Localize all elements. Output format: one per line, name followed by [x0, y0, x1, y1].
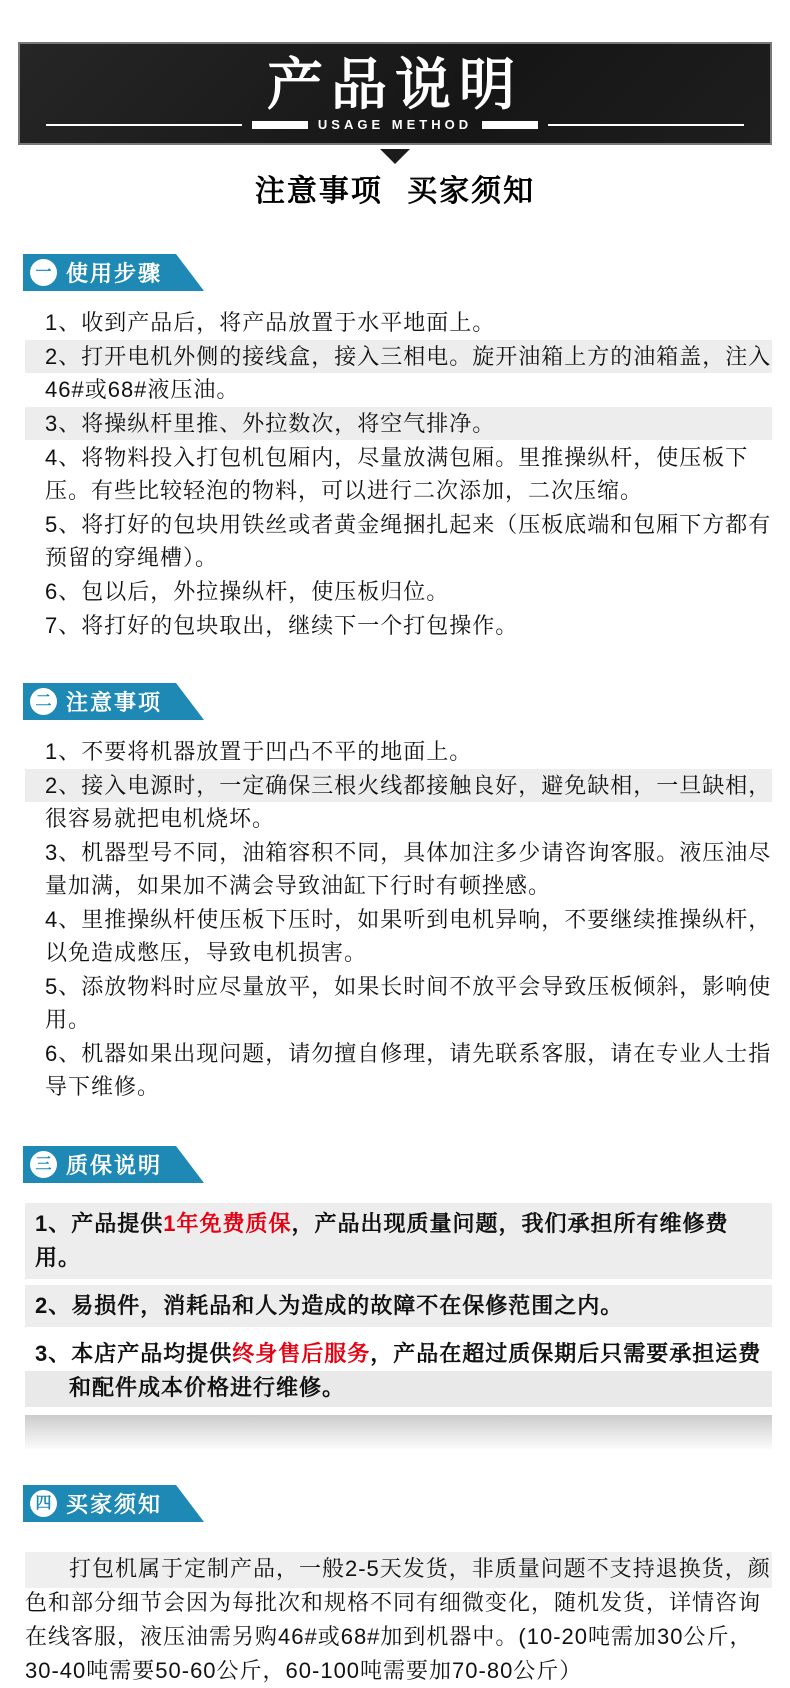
list-item: 6、机器如果出现问题，请勿擅自修理，请先联系客服，请在专业人士指导下维修。 [25, 1037, 772, 1103]
page-title: 产品说明 [267, 55, 523, 115]
list-item: 3、本店产品均提供终身售后服务，产品在超过质保期后只需要承担运费和配件成本价格进… [25, 1333, 772, 1409]
section-header-buyer-notice: 四 买家须知 [23, 1485, 204, 1522]
section-number: 四 [35, 1496, 51, 1512]
list-item: 1、收到产品后，将产品放置于水平地面上。 [25, 306, 772, 339]
divider-line-right [548, 124, 744, 126]
divider-bar-right [482, 121, 538, 129]
down-triangle-icon [380, 149, 410, 164]
section-title: 买家须知 [66, 1488, 162, 1519]
list-item: 7、将打好的包块取出，继续下一个打包操作。 [25, 609, 772, 642]
section-title: 使用步骤 [66, 257, 162, 288]
notice-heading: 注意事项 买家须知 [0, 174, 790, 210]
list-item: 1、不要将机器放置于凹凸不平的地面上。 [25, 735, 772, 768]
section-header-usage-steps: 一 使用步骤 [23, 254, 204, 291]
section-header-precautions: 二 注意事项 [23, 683, 204, 720]
buyer-notice-paragraph: 打包机属于定制产品，一般2-5天发货，非质量问题不支持退换货，颜色和部分细节会因… [25, 1552, 772, 1688]
section-header-warranty: 三 质保说明 [23, 1146, 204, 1183]
header-banner: 产品说明 USAGE METHOD [18, 42, 772, 145]
list-item: 2、打开电机外侧的接线盒，接入三相电。旋开油箱上方的油箱盖，注入46#或68#液… [25, 340, 772, 406]
list-item: 5、将打好的包块用铁丝或者黄金绳捆扎起来（压板底端和包厢下方都有预留的穿绳槽）。 [25, 508, 772, 574]
section-number-badge: 三 [30, 1151, 57, 1178]
list-item: 1、产品提供1年免费质保，产品出现质量问题，我们承担所有维修费用。 [25, 1203, 772, 1279]
section-number-badge: 一 [30, 259, 57, 286]
gray-fade-strip [25, 1415, 772, 1449]
list-item: 5、添放物料时应尽量放平，如果长时间不放平会导致压板倾斜，影响使用。 [25, 970, 772, 1036]
list-item: 6、包以后，外拉操纵杆，使压板归位。 [25, 575, 772, 608]
precautions-list: 1、不要将机器放置于凹凸不平的地面上。 2、接入电源时，一定确保三根火线都接触良… [25, 735, 772, 1103]
divider-line-left [46, 124, 242, 126]
section-number: 三 [35, 1157, 51, 1173]
section-number: 二 [35, 694, 51, 710]
section-number-badge: 四 [30, 1490, 57, 1517]
divider-bar-left [252, 121, 308, 129]
subtitle-en: USAGE METHOD [318, 117, 472, 132]
warranty-text: 1、产品提供 [35, 1211, 163, 1236]
section-title: 注意事项 [66, 686, 162, 717]
section-title: 质保说明 [66, 1149, 162, 1180]
list-item: 3、机器型号不同，油箱容积不同，具体加注多少请咨询客服。液压油尽量加满，如果加不… [25, 836, 772, 902]
warranty-highlight: 1年免费质保 [163, 1211, 291, 1236]
list-item: 4、将物料投入打包机包厢内，尽量放满包厢。里推操纵杆，使压板下压。有些比较轻泡的… [25, 441, 772, 507]
warranty-text: 2、易损件，消耗品和人为造成的故障不在保修范围之内。 [35, 1293, 623, 1318]
list-item: 2、接入电源时，一定确保三根火线都接触良好，避免缺相，一旦缺相，很容易就把电机烧… [25, 769, 772, 835]
section-number: 一 [35, 265, 51, 281]
list-item: 3、将操纵杆里推、外拉数次，将空气排净。 [25, 407, 772, 440]
warranty-highlight: 终身售后服务 [232, 1341, 370, 1366]
warranty-text: 3、本店产品均提供 [35, 1341, 232, 1366]
usage-steps-list: 1、收到产品后，将产品放置于水平地面上。 2、打开电机外侧的接线盒，接入三相电。… [25, 306, 772, 642]
warranty-list: 1、产品提供1年免费质保，产品出现质量问题，我们承担所有维修费用。 2、易损件，… [25, 1203, 772, 1409]
section-number-badge: 二 [30, 688, 57, 715]
list-item: 2、易损件，消耗品和人为造成的故障不在保修范围之内。 [25, 1285, 772, 1327]
list-item: 4、里推操纵杆使压板下压时，如果听到电机异响，不要继续推操纵杆，以免造成憋压，导… [25, 903, 772, 969]
banner-subtitle-row: USAGE METHOD [20, 117, 770, 132]
